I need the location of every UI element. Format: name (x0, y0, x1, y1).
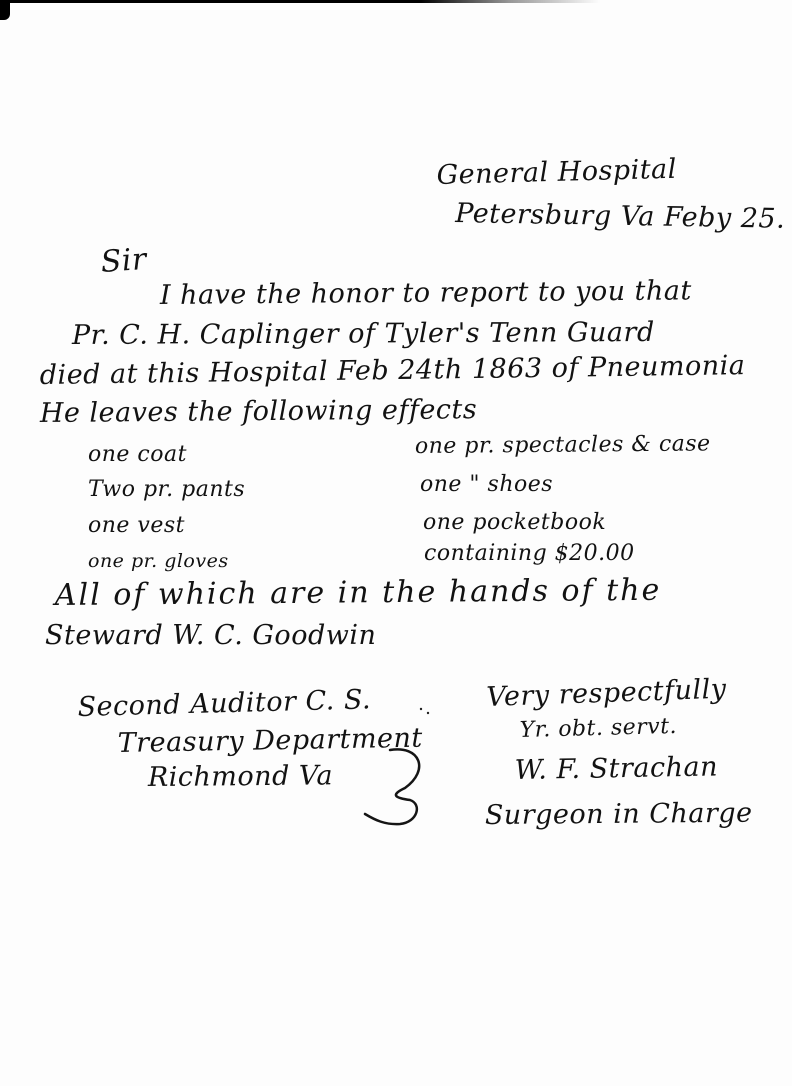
heading-place: General Hospital (436, 154, 677, 191)
addressee-line-3: Richmond Va (148, 760, 333, 793)
body-line-3: died at this Hospital Feb 24th 1863 of P… (40, 350, 746, 391)
signature-name: W. F. Strachan (514, 751, 718, 786)
effect-right-3: one pocketbook (423, 510, 606, 535)
document-page: General Hospital Petersburg Va Feby 25. … (0, 0, 792, 1086)
body-line-4: He leaves the following effects (40, 394, 478, 429)
stray-marks (418, 706, 432, 710)
signature-title: Surgeon in Charge (485, 798, 753, 831)
effect-left-2: Two pr. pants (88, 477, 245, 502)
effect-right-2: one " shoes (420, 472, 553, 497)
scan-corner-mark (0, 0, 10, 20)
scan-edge-top (0, 0, 600, 3)
heading-location-date: Petersburg Va Feby 25. 1863. (455, 198, 792, 236)
addressee-line-1: Second Auditor C. S. (77, 684, 371, 723)
signature-line-1: Very respectfully (486, 674, 727, 713)
effect-right-1: one pr. spectacles & case (415, 431, 711, 459)
effect-right-4: containing $20.00 (424, 541, 635, 566)
body-line-1: I have the honor to report to you that (160, 275, 692, 311)
effect-left-1: one coat (88, 442, 187, 467)
body-line-2: Pr. C. H. Caplinger of Tyler's Tenn Guar… (72, 317, 655, 351)
flourish-bracket-mark (360, 740, 440, 830)
effect-left-3: one vest (88, 513, 185, 538)
signature-line-2: Yr. obt. servt. (519, 714, 677, 743)
effect-left-4: one pr. gloves (88, 550, 229, 572)
salutation: Sir (100, 242, 148, 280)
closing-line-2: Steward W. C. Goodwin (45, 620, 376, 651)
closing-line-1: All of which are in the hands of the (55, 573, 662, 613)
